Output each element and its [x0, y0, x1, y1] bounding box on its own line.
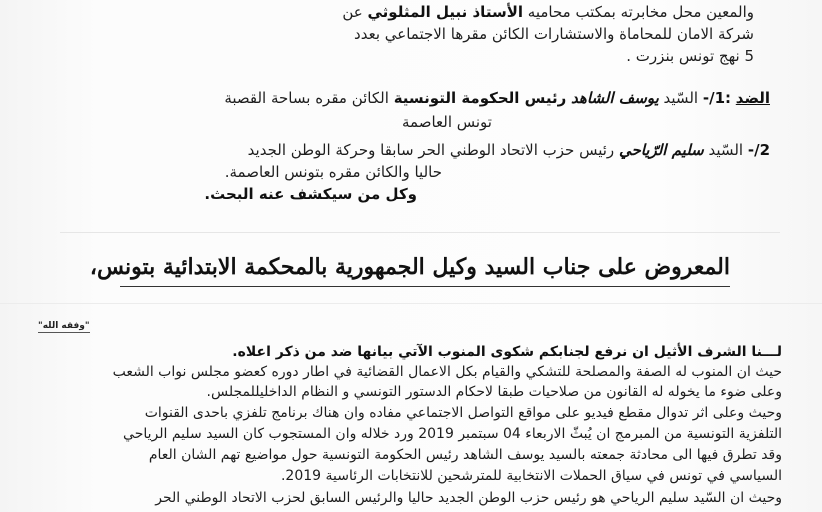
intro-text-end: عن: [342, 3, 362, 21]
body-opening: لـــنا الشرف الأثيل ان نرفع لجنابكم شكوى…: [232, 342, 782, 362]
body-p2-line3: وقد تطرق فيها الى محادثة جمعته بالسيد يو…: [149, 445, 782, 465]
intro-text: والمعين محل مخابرته بمكتب محاميه: [528, 3, 754, 21]
defendant-1-prefix: السّيد: [664, 89, 699, 107]
defendant-2-line-1: 2/- السّيد سليم الرّياحي رئيس حزب الاتحا…: [248, 140, 770, 160]
defendant-1-line-1: الضد :1/- السّيد يوسف الشاهد رئيس الحكوم…: [224, 88, 770, 108]
defendant-1-name: يوسف الشاهد: [571, 89, 659, 107]
blessing-note: "وفقه الله": [38, 321, 90, 333]
defendant-1-number: :1/-: [703, 89, 731, 107]
defendant-2-line-2: حاليا والكائن مقره بتونس العاصمة.: [225, 162, 442, 182]
intro-line-1: والمعين محل مخابرته بمكتب محاميه الأستاذ…: [342, 2, 754, 22]
section-divider: [60, 232, 780, 233]
scanned-document-page: والمعين محل مخابرته بمكتب محاميه الأستاذ…: [0, 0, 822, 512]
petition-heading: المعروض على جناب السيد وكيل الجمهورية با…: [120, 254, 730, 287]
body-p1-line2: وعلى ضوء ما يخوله له القانون من صلاحيات …: [207, 382, 782, 402]
defendant-2-name: سليم الرّياحي: [619, 141, 704, 159]
defendant-2-prefix: السّيد: [709, 141, 744, 159]
lawyer-name: الأستاذ نبيل المثلوثي: [367, 3, 523, 21]
defendant-2-description: رئيس حزب الاتحاد الوطني الحر سابقا وحركة…: [248, 141, 615, 159]
body-p2-line2: التلفزية التونسية من المبرمج ان يُبثّ ال…: [123, 424, 782, 444]
defendant-1-title: رئيس الحكومة التونسية: [394, 89, 567, 107]
intro-line-3: 5 نهج تونس بنزرت .: [626, 46, 754, 66]
body-p3-line1: وحيث ان السّيد سليم الرياحي هو رئيس حزب …: [155, 488, 782, 508]
defendants-others: وكل من سيكشف عنه البحث.: [204, 184, 417, 204]
defendants-label: الضد: [736, 89, 770, 107]
body-p1-line1: حيث ان المنوب له الصفة والمصلحة للتشكي و…: [113, 362, 782, 382]
defendant-1-line-2: تونس العاصمة: [402, 112, 492, 132]
intro-line-2: شركة الامان للمحاماة والاستشارات الكائن …: [354, 24, 754, 44]
defendant-1-address: الكائن مقره بساحة القصبة: [224, 89, 389, 107]
defendant-2-number: 2/-: [748, 141, 770, 159]
body-p2-line1: وحيث وعلى اثر تدوال مقطع فيديو على مواقع…: [145, 403, 782, 423]
heading-divider: [0, 303, 822, 304]
body-p2-line4: السياسي في تونس في سياق الحملات الانتخاب…: [281, 466, 782, 486]
